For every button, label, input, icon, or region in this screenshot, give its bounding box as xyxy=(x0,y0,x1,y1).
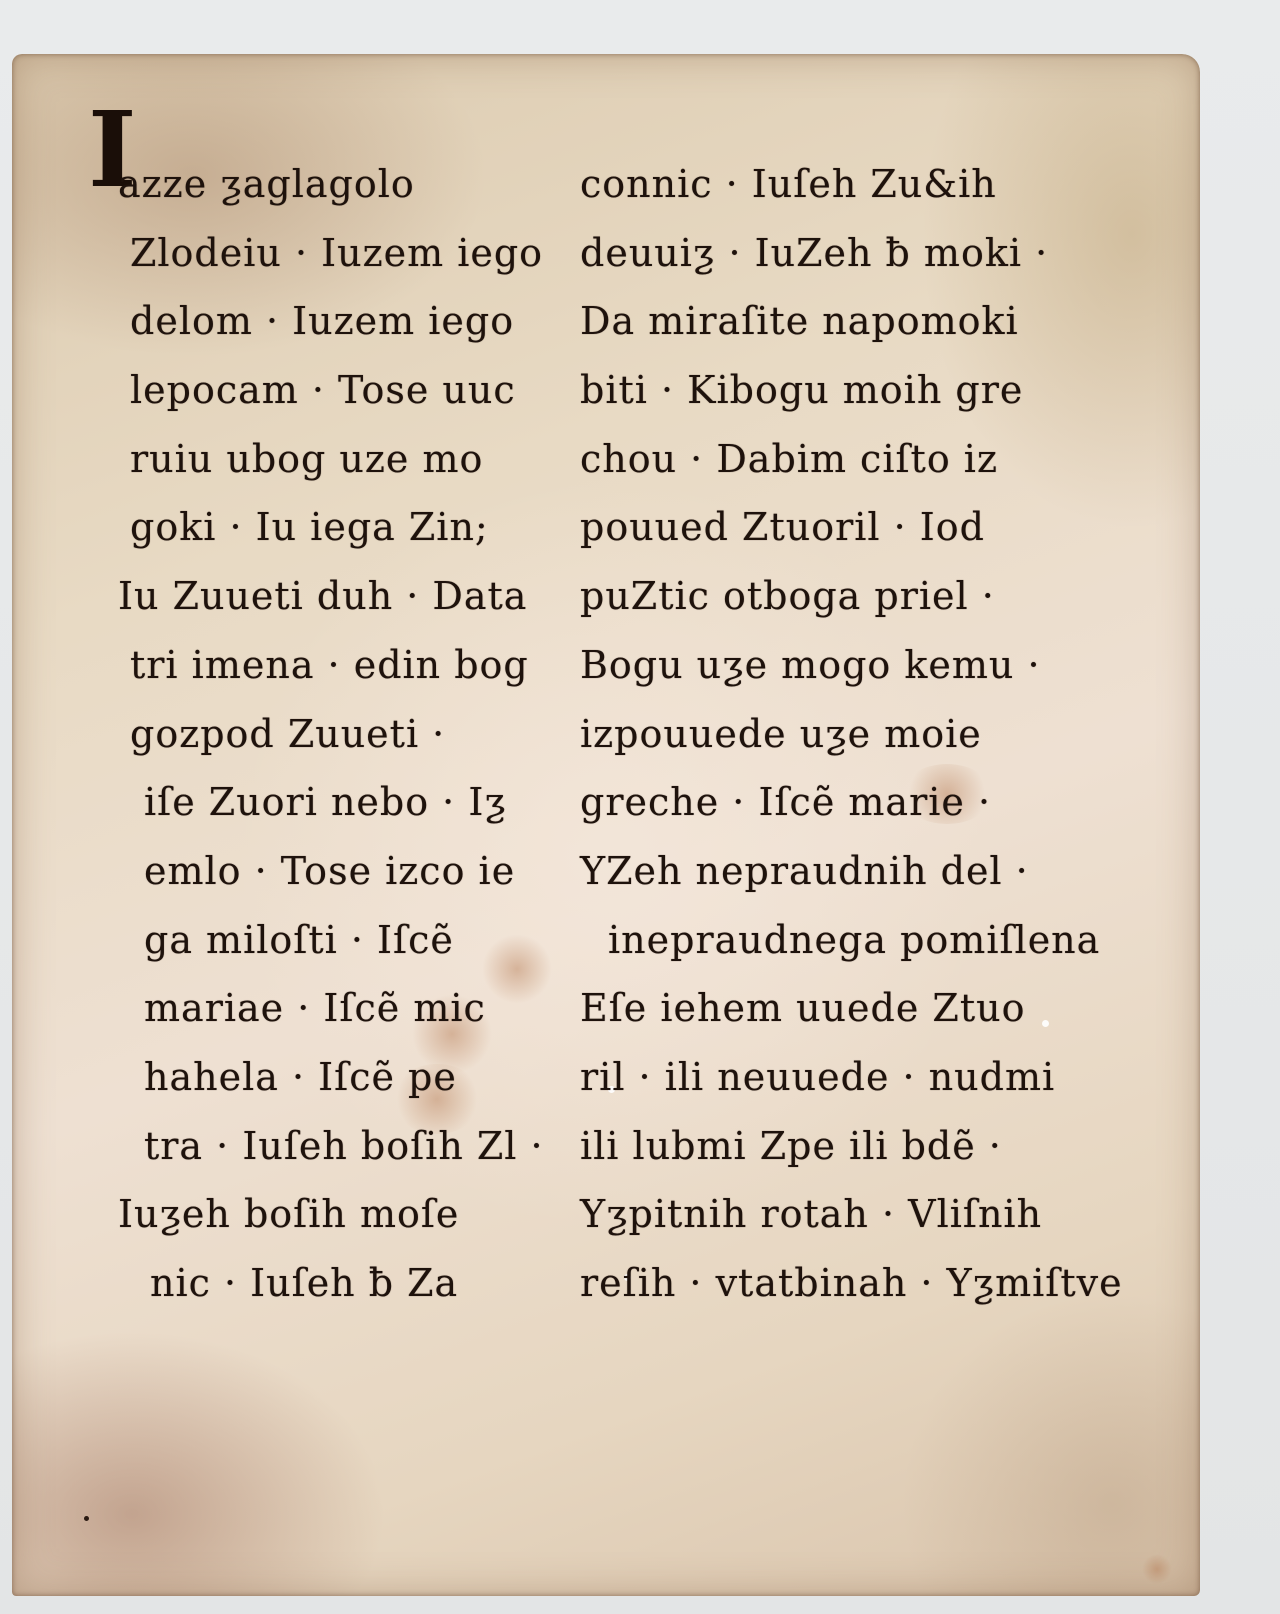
text-line: emlo · Tose izco ie xyxy=(144,837,570,906)
text-line: iſe Zuori nebo · Iƺ xyxy=(144,768,570,837)
text-line: reſih · vtatbinah · Yƺmiſtve xyxy=(580,1249,1200,1318)
text-line: lepocam · Tose uuc xyxy=(130,356,570,425)
text-line: gozpod Zuueti · xyxy=(130,700,570,769)
text-line: deuuiƺ · IuZeh ƀ moki · xyxy=(580,219,1200,288)
text-line: ili lubmi Zpe ili bdẽ · xyxy=(580,1112,1200,1181)
text-line: Iu Zuueti duh · Data xyxy=(118,562,570,631)
text-line: YZeh nepraudnih del · xyxy=(580,837,1200,906)
text-line: Eſe iehem uuede Ztuo xyxy=(580,974,1200,1043)
text-line: tri imena · edin bog xyxy=(130,631,570,700)
ink-speck xyxy=(84,1516,89,1521)
text-line: Iuƺeh boſih moſe xyxy=(118,1180,570,1249)
text-line: tra · Iuſeh boſih Zl · xyxy=(144,1112,570,1181)
text-line: puZtic otboga priel · xyxy=(580,562,1200,631)
text-line: connic · Iuſeh Zu&ih xyxy=(580,150,1200,219)
left-text-column: azze ƺaglagolo Zlodeiu · Iuzem iego delo… xyxy=(130,150,570,1318)
text-line: delom · Iuzem iego xyxy=(130,287,570,356)
right-text-column: connic · Iuſeh Zu&ih deuuiƺ · IuZeh ƀ mo… xyxy=(580,150,1200,1318)
text-line: biti · Kibogu moih gre xyxy=(580,356,1200,425)
text-line: pouued Ztuoril · Iod xyxy=(580,493,1200,562)
text-line: Yƺpitnih rotah · Vliſnih xyxy=(580,1180,1200,1249)
text-line: nic · Iuſeh ƀ Za xyxy=(150,1249,570,1318)
text-line: Bogu uƺe mogo kemu · xyxy=(580,631,1200,700)
text-line: ril · ili neuuede · nudmi xyxy=(580,1043,1200,1112)
text-line: azze ƺaglagolo xyxy=(118,150,570,219)
water-stain xyxy=(1142,1554,1172,1584)
text-line: ruiu ubog uze mo xyxy=(130,425,570,494)
text-line: inepraudnega pomiſlena xyxy=(608,906,1200,975)
text-line: chou · Dabim ciſto iz xyxy=(580,425,1200,494)
text-line: goki · Iu iega Zin; xyxy=(130,493,570,562)
text-line: Da miraſite napomoki xyxy=(580,287,1200,356)
text-line: greche · Iſcẽ marie · xyxy=(580,768,1200,837)
text-line: mariae · Iſcẽ mic xyxy=(144,974,570,1043)
text-line: hahela · Iſcẽ pe xyxy=(144,1043,570,1112)
text-line: Zlodeiu · Iuzem iego xyxy=(130,219,570,288)
text-line: izpouuede uƺe moie xyxy=(580,700,1200,769)
text-line: ga miloſti · Iſcẽ xyxy=(144,906,570,975)
